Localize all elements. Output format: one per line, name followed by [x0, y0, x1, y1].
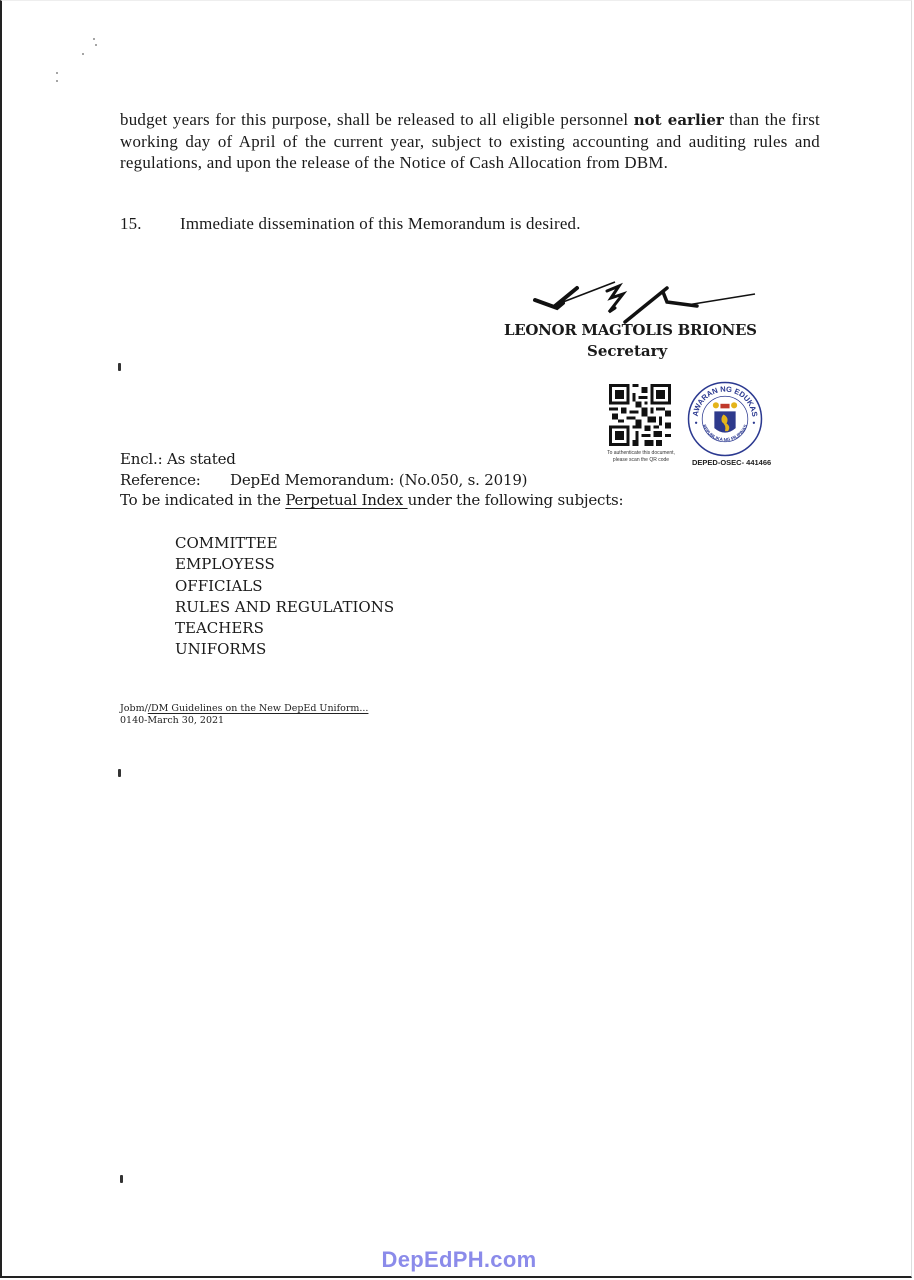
index-prefix: To be indicated in the — [120, 491, 285, 509]
scan-speck — [95, 44, 97, 46]
punch-hole-mark — [120, 1175, 123, 1183]
reference-value: DepEd Memorandum: (No.050, s. 2019) — [230, 471, 527, 489]
subject-item: EMPLOYESS — [175, 554, 394, 575]
signature-icon — [527, 276, 757, 326]
subject-item: TEACHERS — [175, 618, 394, 639]
perpetual-index-line: To be indicated in the Perpetual Index u… — [120, 491, 623, 509]
signatory-title: Secretary — [587, 342, 667, 360]
paragraph-continuation: budget years for this purpose, shall be … — [120, 109, 820, 173]
qr-caption-line: please scan the QR code — [596, 457, 686, 464]
footer-reference: Jobm//DM Guidelines on the New DepEd Uni… — [120, 703, 368, 727]
item-15: 15.Immediate dissemination of this Memor… — [120, 214, 581, 234]
scan-speck — [82, 53, 84, 55]
qr-caption: To authenticate this document, please sc… — [596, 450, 686, 464]
footer-date: 0140-March 30, 2021 — [120, 715, 368, 727]
subject-item: COMMITTEE — [175, 533, 394, 554]
subject-item: RULES AND REGULATIONS — [175, 597, 394, 618]
item-number: 15. — [120, 214, 180, 234]
subject-item: UNIFORMS — [175, 639, 394, 660]
paragraph-text: budget years for this purpose, shall be … — [120, 110, 634, 129]
signatory-name: LEONOR MAGTOLIS BRIONES — [504, 321, 757, 339]
perpetual-index-link[interactable]: Perpetual Index — [285, 491, 407, 509]
document-code: DEPED-OSEC- 441466 — [692, 458, 771, 467]
reference-line: Reference:DepEd Memorandum: (No.050, s. … — [120, 471, 527, 489]
scan-speck — [56, 80, 58, 82]
qr-code-icon[interactable] — [609, 384, 671, 446]
site-watermark[interactable]: DepEdPH.com — [2, 1247, 914, 1273]
emphasis-not-earlier: not earlier — [634, 111, 724, 129]
subject-item: OFFICIALS — [175, 576, 394, 597]
deped-seal-icon: KAGAWARAN NG EDUKASYON REPUBLIKA NG PILI… — [687, 381, 763, 457]
item-text: Immediate dissemination of this Memorand… — [180, 214, 581, 233]
subject-list: COMMITTEE EMPLOYESS OFFICIALS RULES AND … — [175, 533, 394, 661]
reference-label: Reference: — [120, 471, 230, 489]
index-suffix: under the following subjects: — [408, 491, 624, 509]
footer-file-line: Jobm//DM Guidelines on the New DepEd Uni… — [120, 703, 368, 715]
scan-speck — [56, 72, 58, 74]
scan-speck — [93, 38, 95, 40]
footer-file-link[interactable]: /DM Guidelines on the New DepEd Uniform.… — [148, 703, 369, 714]
qr-caption-line: To authenticate this document, — [596, 450, 686, 457]
enclosure-line: Encl.: As stated — [120, 450, 236, 468]
footer-prefix: Jobm/ — [120, 703, 148, 714]
punch-hole-mark — [118, 769, 121, 777]
punch-hole-mark — [118, 363, 121, 371]
document-page: budget years for this purpose, shall be … — [0, 0, 912, 1278]
